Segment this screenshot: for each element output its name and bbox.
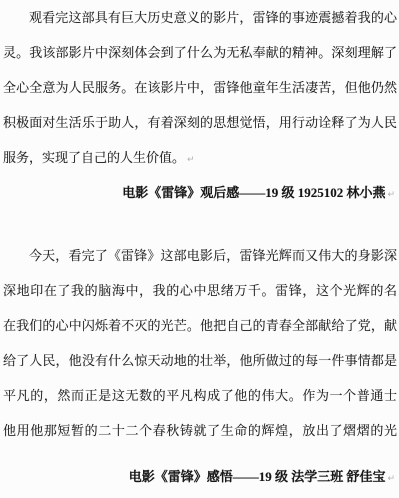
- text-line: 全心全意为人民服务。在该影片中，雷锋他童年生活凄苦，但他仍然: [3, 70, 397, 105]
- text-line: 灵。我该部影片中深刻体会到了什么为无私奉献的精神。深刻理解了: [3, 35, 397, 70]
- paragraph-mark: ↵: [387, 474, 395, 484]
- paragraph-review-2: 今天，看完了《雷锋》这部电影后，雷锋光辉而又伟大的身影深 深地印在了我的脑海中，…: [3, 238, 397, 448]
- scanned-document-page: 观看完这部具有巨大历史意义的影片，雷锋的事迹震撼着我的心 灵。我该部影片中深刻体…: [0, 0, 399, 498]
- text-line: 平凡的，然而正是这无数的平凡构成了他的伟大。作为一个普通士兵，: [3, 378, 397, 413]
- text-line-content: 服务，实现了自己的人生价值。: [3, 150, 185, 165]
- paragraph-mark: ↵: [187, 155, 195, 165]
- attribution-text: 电影《雷锋》观后感——19 级 1925102 林小燕: [122, 185, 385, 200]
- paragraph-mark: ↵: [387, 190, 395, 200]
- text-line: 深地印在了我的脑海中，我的心中思绪万千。雷锋，这个光辉的名字，: [3, 273, 397, 308]
- text-line: 他用他那短暂的二十二个春秋铸就了生命的辉煌，放出了熠熠的光辉。: [3, 413, 397, 448]
- text-line: 今天，看完了《雷锋》这部电影后，雷锋光辉而又伟大的身影深: [3, 238, 397, 273]
- text-line: 观看完这部具有巨大历史意义的影片，雷锋的事迹震撼着我的心: [3, 0, 397, 35]
- text-line: 服务，实现了自己的人生价值。↵: [3, 140, 397, 175]
- attribution-line-1: 电影《雷锋》观后感——19 级 1925102 林小燕↵: [3, 175, 397, 210]
- attribution-text: 电影《雷锋》感悟——19 级 法学三班 舒佳宝: [129, 469, 386, 484]
- paragraph-review-1: 观看完这部具有巨大历史意义的影片，雷锋的事迹震撼着我的心 灵。我该部影片中深刻体…: [3, 0, 397, 175]
- text-line: 积极面对生活乐于助人，有着深刻的思想觉悟，用行动诠释了为人民: [3, 105, 397, 140]
- attribution-line-2: 电影《雷锋》感悟——19 级 法学三班 舒佳宝↵: [3, 459, 397, 494]
- text-line: 在我们的心中闪烁着不灭的光芒。他把自己的青春全部献给了党，献: [3, 308, 397, 343]
- text-line: 给了人民，他没有什么惊天动地的壮举，他所做过的每一件事情都是: [3, 343, 397, 378]
